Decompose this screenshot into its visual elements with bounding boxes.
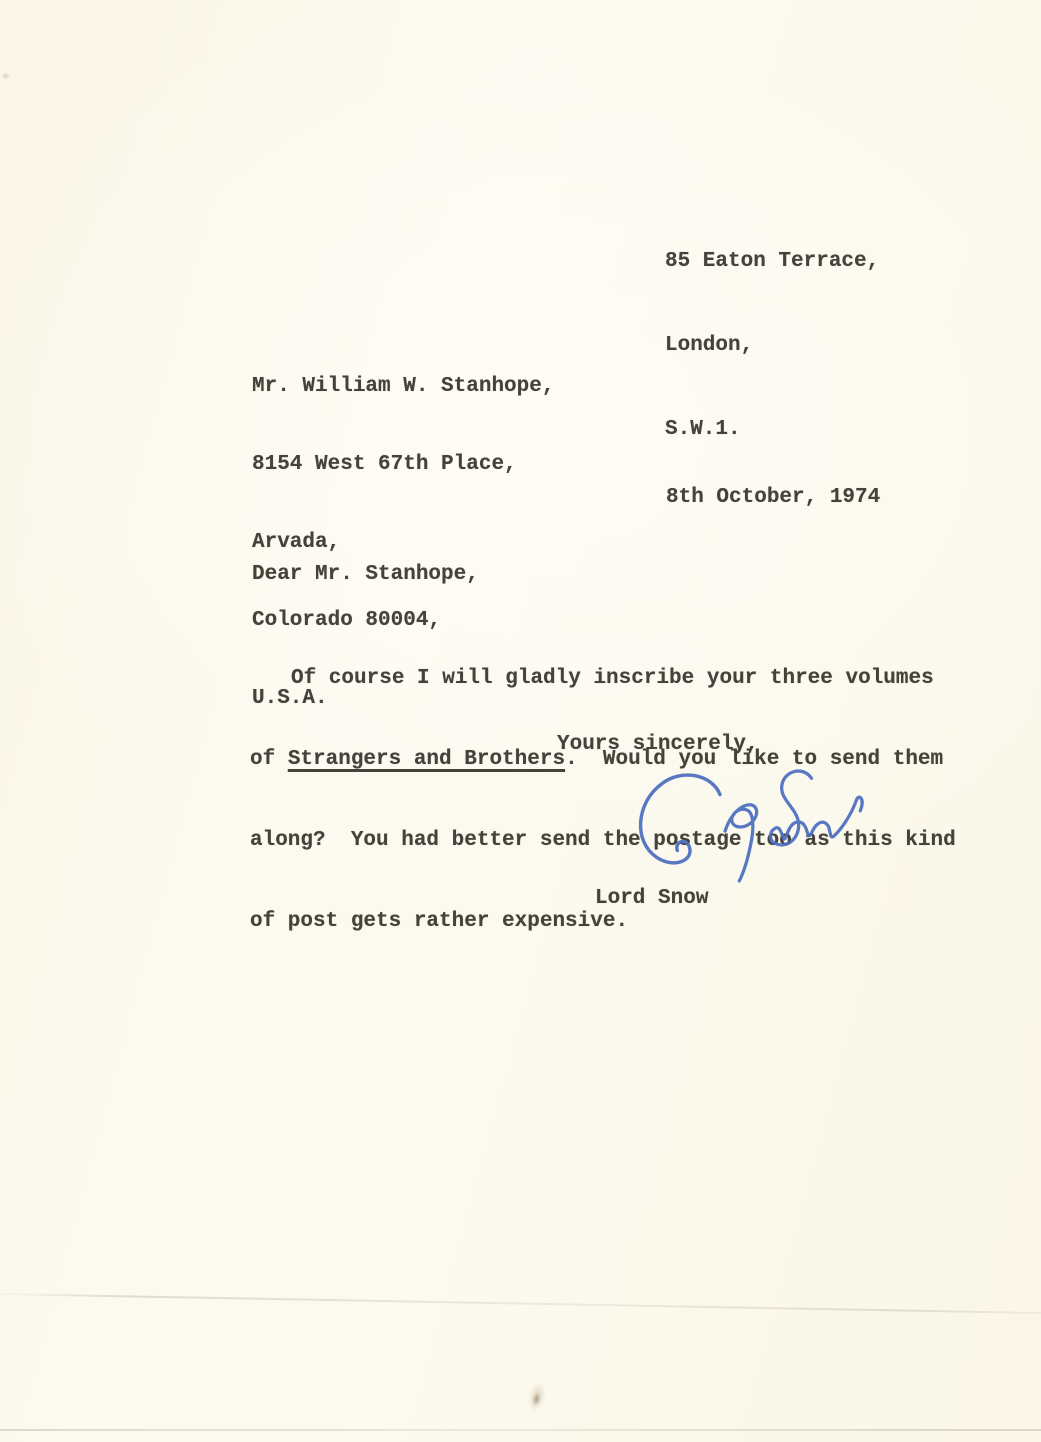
sender-address-line: London, bbox=[665, 332, 879, 360]
signature-stroke-p bbox=[725, 805, 757, 881]
sender-address-line: 85 Eaton Terrace, bbox=[665, 248, 879, 276]
signature-stroke-c bbox=[641, 775, 720, 863]
letter-date: 8th October, 1974 bbox=[666, 486, 880, 509]
signature-stroke-snow bbox=[771, 771, 863, 845]
letter-page: 85 Eaton Terrace, London, S.W.1. Mr. Wil… bbox=[0, 0, 1041, 1442]
paper-edge-mark bbox=[0, 70, 14, 82]
sender-address-line: S.W.1. bbox=[665, 416, 879, 444]
recipient-address-line: Arvada, bbox=[252, 530, 554, 556]
closing: Yours sincerely, bbox=[557, 733, 759, 756]
paper-smudge bbox=[519, 1372, 555, 1423]
body-line: Of course I will gladly inscribe your th… bbox=[250, 665, 956, 692]
recipient-address-line: Mr. William W. Stanhope, bbox=[252, 374, 554, 400]
recipient-address-line: 8154 West 67th Place, bbox=[252, 452, 554, 478]
signature-handwriting bbox=[626, 762, 876, 884]
scan-bottom-edge bbox=[0, 1429, 1041, 1431]
book-title-underlined: Strangers and Brothers bbox=[288, 748, 565, 771]
body-text: of bbox=[250, 748, 288, 771]
body-line: of post gets rather expensive. bbox=[250, 908, 956, 935]
sender-address: 85 Eaton Terrace, London, S.W.1. bbox=[665, 192, 879, 500]
paper-crease bbox=[0, 1293, 1041, 1314]
salutation: Dear Mr. Stanhope, bbox=[252, 563, 479, 586]
typed-signature-name: Lord Snow bbox=[595, 887, 708, 910]
signature-svg bbox=[626, 762, 876, 884]
